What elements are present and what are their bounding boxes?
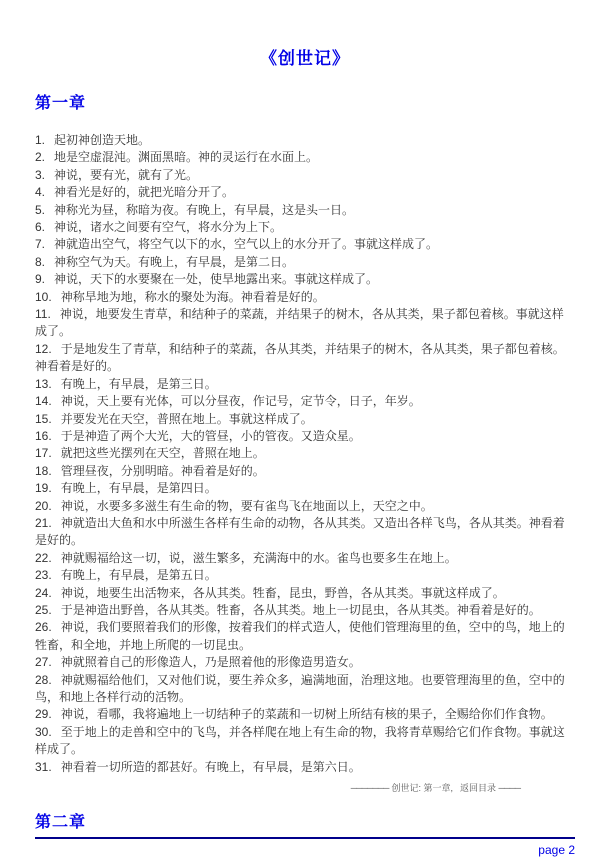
verse-row: 1.起初神创造天地。	[35, 132, 575, 149]
verse-number: 7.	[35, 237, 45, 251]
document-page: 《创世记》 第一章 1.起初神创造天地。 2.地是空虚混沌。渊面黑暗。神的灵运行…	[0, 0, 606, 857]
verse-number: 24.	[35, 586, 52, 600]
verse-number: 31.	[35, 760, 52, 774]
verse-text: 神说，水要多多滋生有生命的物，要有雀鸟飞在地面以上，天空之中。	[61, 499, 433, 513]
verse-number: 12.	[35, 342, 52, 356]
verse-row: 16.于是神造了两个大光，大的管昼，小的管夜。又造众星。	[35, 428, 575, 445]
chapter-1-heading: 第一章	[35, 90, 575, 113]
verse-row: 30.至于地上的走兽和空中的飞鸟，并各样爬在地上有生命的物，我将青草赐给它们作食…	[35, 724, 575, 759]
verse-text: 神就赐福给他们，又对他们说，要生养众多，遍满地面，治理这地。也要管理海里的鱼，空…	[35, 673, 565, 704]
verse-row: 19.有晚上，有早晨，是第四日。	[35, 480, 575, 497]
verse-number: 4.	[35, 185, 45, 199]
verse-number: 9.	[35, 272, 45, 286]
verse-text: 神说，诸水之间要有空气，将水分为上下。	[54, 220, 282, 234]
verse-text: 神说，天上要有光体，可以分昼夜，作记号，定节令，日子，年岁。	[61, 394, 421, 408]
page-number: page 2	[35, 843, 575, 857]
verse-number: 18.	[35, 464, 52, 478]
verse-row: 2.地是空虚混沌。渊面黑暗。神的灵运行在水面上。	[35, 149, 575, 166]
verse-text: 管理昼夜，分别明暗。神看着是好的。	[61, 464, 265, 478]
verse-list: 1.起初神创造天地。 2.地是空虚混沌。渊面黑暗。神的灵运行在水面上。 3.神说…	[35, 132, 575, 776]
verse-row: 8.神称空气为天。有晚上，有早晨，是第二日。	[35, 254, 575, 271]
verse-text: 神说，天下的水要聚在一处，使旱地露出来。事就这样成了。	[54, 272, 378, 286]
verse-row: 31.神看着一切所造的都甚好。有晚上，有早晨，是第六日。	[35, 759, 575, 776]
verse-text: 神称空气为天。有晚上，有早晨，是第二日。	[54, 255, 294, 269]
verse-row: 14.神说，天上要有光体，可以分昼夜，作记号，定节令，日子，年岁。	[35, 393, 575, 410]
verse-number: 16.	[35, 429, 52, 443]
verse-row: 13.有晚上，有早晨，是第三日。	[35, 376, 575, 393]
nav-dashes-left: ───────	[351, 783, 389, 793]
verse-text: 神看光是好的，就把光暗分开了。	[54, 185, 234, 199]
verse-text: 神就照着自己的形像造人，乃是照着他的形像造男造女。	[61, 655, 361, 669]
verse-text: 神说，我们要照着我们的形像，按着我们的样式造人，使他们管理海里的鱼，空中的鸟，地…	[35, 620, 565, 651]
verse-number: 10.	[35, 290, 52, 304]
verse-row: 15.并要发光在天空，普照在地上。事就这样成了。	[35, 411, 575, 428]
verse-text: 起初神创造天地。	[54, 133, 150, 147]
verse-row: 21.神就造出大鱼和水中所滋生各样有生命的动物，各从其类。又造出各样飞鸟，各从其…	[35, 515, 575, 550]
verse-text: 神就造出大鱼和水中所滋生各样有生命的动物，各从其类。又造出各样飞鸟，各从其类。神…	[35, 516, 565, 547]
verse-text: 神称旱地为地，称水的聚处为海。神看着是好的。	[61, 290, 325, 304]
verse-row: 25.于是神造出野兽，各从其类。牲畜，各从其类。地上一切昆虫，各从其类。神看着是…	[35, 602, 575, 619]
verse-number: 23.	[35, 568, 52, 582]
verse-number: 17.	[35, 446, 52, 460]
verse-number: 30.	[35, 725, 52, 739]
footer-divider	[35, 837, 575, 839]
verse-number: 21.	[35, 516, 52, 530]
verse-row: 29.神说，看哪，我将遍地上一切结种子的菜蔬和一切树上所结有核的果子，全赐给你们…	[35, 706, 575, 723]
return-to-toc-link[interactable]: 返回目录	[460, 783, 496, 793]
verse-number: 11.	[35, 307, 51, 321]
verse-row: 6.神说，诸水之间要有空气，将水分为上下。	[35, 219, 575, 236]
chapter-breadcrumb: 创世记: 第一章,	[391, 783, 453, 793]
verse-text: 神说，要有光，就有了光。	[54, 168, 198, 182]
verse-row: 12.于是地发生了青草，和结种子的菜蔬，各从其类，并结果子的树木，各从其类，果子…	[35, 341, 575, 376]
nav-dashes-right: ────	[498, 783, 520, 793]
verse-row: 4.神看光是好的，就把光暗分开了。	[35, 184, 575, 201]
verse-row: 20.神说，水要多多滋生有生命的物，要有雀鸟飞在地面以上，天空之中。	[35, 498, 575, 515]
verse-row: 9.神说，天下的水要聚在一处，使旱地露出来。事就这样成了。	[35, 271, 575, 288]
chapter-nav: ───────创世记: 第一章,返回目录 ────	[35, 781, 575, 794]
verse-text: 至于地上的走兽和空中的飞鸟，并各样爬在地上有生命的物，我将青草赐给它们作食物。事…	[35, 725, 565, 756]
verse-number: 20.	[35, 499, 52, 513]
verse-number: 2.	[35, 150, 45, 164]
verse-row: 22.神就赐福给这一切，说，滋生繁多，充满海中的水。雀鸟也要多生在地上。	[35, 550, 575, 567]
verse-text: 有晚上，有早晨，是第四日。	[61, 481, 217, 495]
verse-number: 6.	[35, 220, 45, 234]
verse-number: 8.	[35, 255, 45, 269]
verse-text: 神就赐福给这一切，说，滋生繁多，充满海中的水。雀鸟也要多生在地上。	[61, 551, 457, 565]
verse-text: 于是地发生了青草，和结种子的菜蔬，各从其类，并结果子的树木，各从其类，果子都包着…	[35, 342, 565, 373]
verse-text: 神说，地要生出活物来，各从其类。牲畜，昆虫，野兽，各从其类。事就这样成了。	[61, 586, 505, 600]
verse-row: 11.神说，地要发生青草，和结种子的菜蔬，并结果子的树木，各从其类，果子都包着核…	[35, 306, 575, 341]
verse-text: 于是神造出野兽，各从其类。牲畜，各从其类。地上一切昆虫，各从其类。神看着是好的。	[61, 603, 541, 617]
verse-text: 有晚上，有早晨，是第三日。	[61, 377, 217, 391]
verse-number: 19.	[35, 481, 52, 495]
verse-number: 13.	[35, 377, 52, 391]
verse-number: 22.	[35, 551, 52, 565]
verse-text: 有晚上，有早晨，是第五日。	[61, 568, 217, 582]
verse-row: 24.神说，地要生出活物来，各从其类。牲畜，昆虫，野兽，各从其类。事就这样成了。	[35, 585, 575, 602]
verse-number: 27.	[35, 655, 52, 669]
verse-number: 28.	[35, 673, 52, 687]
verse-row: 18.管理昼夜，分别明暗。神看着是好的。	[35, 463, 575, 480]
page-title: 《创世记》	[35, 44, 575, 69]
verse-row: 17.就把这些光摆列在天空，普照在地上。	[35, 445, 575, 462]
verse-number: 14.	[35, 394, 52, 408]
verse-row: 27.神就照着自己的形像造人，乃是照着他的形像造男造女。	[35, 654, 575, 671]
verse-number: 5.	[35, 203, 45, 217]
chapter-2-heading: 第二章	[35, 809, 575, 832]
verse-row: 26.神说，我们要照着我们的形像，按着我们的样式造人，使他们管理海里的鱼，空中的…	[35, 619, 575, 654]
verse-row: 3.神说，要有光，就有了光。	[35, 167, 575, 184]
verse-row: 23.有晚上，有早晨，是第五日。	[35, 567, 575, 584]
verse-number: 3.	[35, 168, 45, 182]
verse-row: 5.神称光为昼，称暗为夜。有晚上，有早晨，这是头一日。	[35, 202, 575, 219]
verse-number: 1.	[35, 133, 45, 147]
verse-text: 并要发光在天空，普照在地上。事就这样成了。	[61, 412, 313, 426]
verse-number: 25.	[35, 603, 52, 617]
verse-text: 于是神造了两个大光，大的管昼，小的管夜。又造众星。	[61, 429, 361, 443]
verse-number: 26.	[35, 620, 52, 634]
verse-number: 29.	[35, 707, 52, 721]
verse-row: 7.神就造出空气，将空气以下的水，空气以上的水分开了。事就这样成了。	[35, 236, 575, 253]
verse-row: 28.神就赐福给他们，又对他们说，要生养众多，遍满地面，治理这地。也要管理海里的…	[35, 672, 575, 707]
verse-text: 神说，看哪，我将遍地上一切结种子的菜蔬和一切树上所结有核的果子，全赐给你们作食物…	[61, 707, 553, 721]
verse-text: 神看着一切所造的都甚好。有晚上，有早晨，是第六日。	[61, 760, 361, 774]
verse-text: 神就造出空气，将空气以下的水，空气以上的水分开了。事就这样成了。	[54, 237, 438, 251]
verse-row: 10.神称旱地为地，称水的聚处为海。神看着是好的。	[35, 289, 575, 306]
verse-text: 地是空虚混沌。渊面黑暗。神的灵运行在水面上。	[54, 150, 318, 164]
verse-text: 神称光为昼，称暗为夜。有晚上，有早晨，这是头一日。	[54, 203, 354, 217]
verse-number: 15.	[35, 412, 52, 426]
verse-text: 神说，地要发生青草，和结种子的菜蔬，并结果子的树木，各从其类，果子都包着核。事就…	[35, 307, 564, 338]
verse-text: 就把这些光摆列在天空，普照在地上。	[61, 446, 265, 460]
